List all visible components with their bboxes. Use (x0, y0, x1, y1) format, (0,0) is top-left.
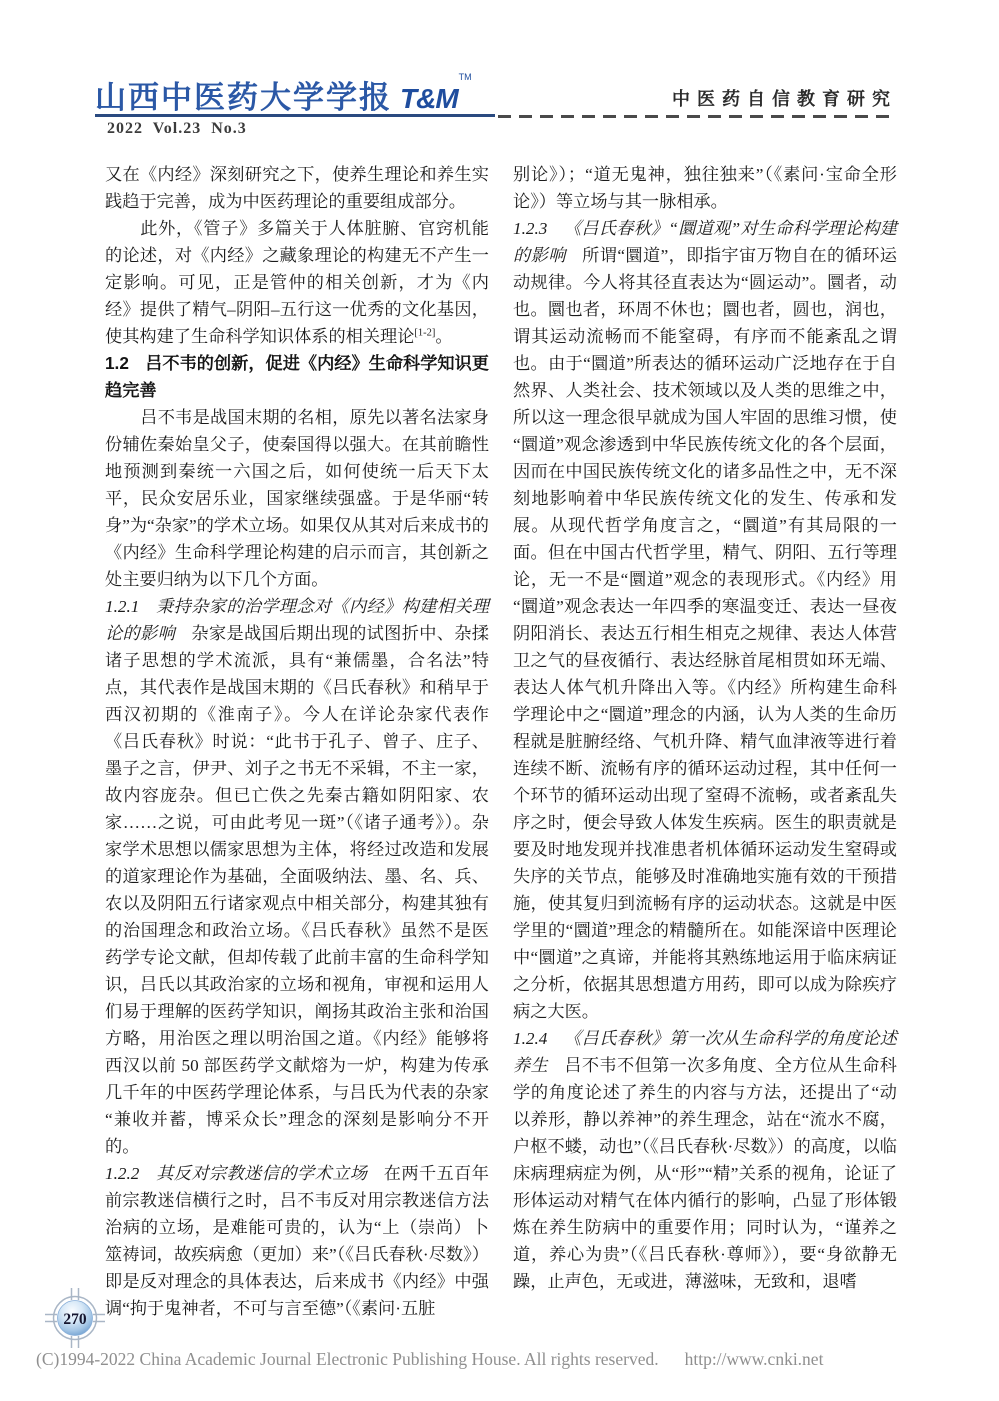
section-title: 吕不韦的创新，促进《内经》生命科学知识更趋完善 (105, 353, 489, 400)
section-number: 1.2 (105, 353, 129, 373)
text-column-left: 又在《内经》深刻研究之下，使养生理论和养生实践趋于完善，成为中医药理论的重要组成… (105, 161, 489, 1322)
journal-logo: T&M (400, 83, 458, 114)
subsection-number: 1.2.4 (513, 1029, 547, 1048)
page-footer: (C)1994-2022 China Academic Journal Elec… (36, 1349, 823, 1370)
journal-page: 山西中医药大学学报T&MTM 2022 Vol.23 No.3 中医药自信教育研… (0, 0, 999, 1401)
text-column-right: 别论》）；“道无鬼神，独往独来”（《素问·宝命全形论》）等立场与其一脉相承。1.… (513, 161, 897, 1322)
paragraph-text: 所谓“圜道”，即指宇宙万物自在的循环运动规律。今人将其径直表达为“圆运动”。圜者… (513, 246, 897, 1021)
paragraph-text: 别论》）；“道无鬼神，独往独来”（《素问·宝命全形论》）等立场与其一脉相承。 (513, 165, 897, 211)
section-heading: 1.2吕不韦的创新，促进《内经》生命科学知识更趋完善 (105, 350, 489, 404)
paragraph-text: 吕不韦是战国末期的名相，原先以著名法家身份辅佐秦始皇父子，使秦国得以强大。在其前… (105, 408, 489, 589)
paragraph-text: 吕不韦不但第一次多角度、全方位从生命科学的角度论述了养生的内容与方法，还提出了“… (513, 1056, 897, 1291)
paragraph-text: 。 (435, 327, 452, 346)
column-section-title: 中医药自信教育研究 (672, 85, 897, 111)
subsection-paragraph: 1.2.1秉持杂家的治学理念对《内经》构建相关理论的影响杂家是战国后期出现的试图… (105, 593, 489, 1160)
body-paragraph: 此外，《管子》多篇关于人体脏腑、官窍机能的论述，对《内经》之藏象理论的构建无不产… (105, 215, 489, 350)
copyright-notice: (C)1994-2022 China Academic Journal Elec… (36, 1349, 659, 1369)
subsection-paragraph: 1.2.2其反对宗教迷信的学术立场在两千五百年前宗教迷信横行之时，吕不韦反对用宗… (105, 1160, 489, 1322)
title-underline-rule (95, 114, 495, 117)
trademark-symbol: TM (459, 72, 472, 82)
dashed-divider (498, 115, 890, 118)
article-body: 又在《内经》深刻研究之下，使养生理论和养生实践趋于完善，成为中医药理论的重要组成… (105, 161, 898, 1322)
subsection-paragraph: 1.2.4《吕氏春秋》第一次从生命科学的角度论述养生吕不韦不但第一次多角度、全方… (513, 1025, 897, 1295)
body-paragraph: 又在《内经》深刻研究之下，使养生理论和养生实践趋于完善，成为中医药理论的重要组成… (105, 161, 489, 215)
body-paragraph: 吕不韦是战国末期的名相，原先以著名法家身份辅佐秦始皇父子，使秦国得以强大。在其前… (105, 404, 489, 593)
subsection-number: 1.2.1 (105, 597, 139, 616)
subsection-paragraph: 1.2.3《吕氏春秋》“圜道观”对生命科学理论构建的影响所谓“圜道”，即指宇宙万… (513, 215, 897, 1025)
journal-title: 山西中医药大学学报 (95, 80, 392, 115)
page-number-badge: 270 (45, 1288, 105, 1348)
page-number: 270 (63, 1311, 87, 1328)
citation-reference: [1-2] (414, 327, 435, 338)
subsection-title: 其反对宗教迷信的学术立场 (156, 1164, 368, 1183)
body-paragraph: 别论》）；“道无鬼神，独往独来”（《素问·宝命全形论》）等立场与其一脉相承。 (513, 161, 897, 215)
journal-header: 山西中医药大学学报T&MTM (95, 72, 472, 117)
subsection-number: 1.2.3 (513, 219, 547, 238)
subsection-number: 1.2.2 (105, 1164, 139, 1183)
cnki-url: http://www.cnki.net (685, 1349, 824, 1369)
paragraph-text: 又在《内经》深刻研究之下，使养生理论和养生实践趋于完善，成为中医药理论的重要组成… (105, 165, 489, 211)
paragraph-text: 在两千五百年前宗教迷信横行之时，吕不韦反对用宗教迷信方法治病的立场，是难能可贵的… (105, 1164, 489, 1318)
issue-info: 2022 Vol.23 No.3 (107, 120, 247, 138)
paragraph-text: 杂家是战国后期出现的试图折中、杂揉诸子思想的学术流派，具有“兼儒墨，合名法”特点… (105, 624, 489, 1156)
